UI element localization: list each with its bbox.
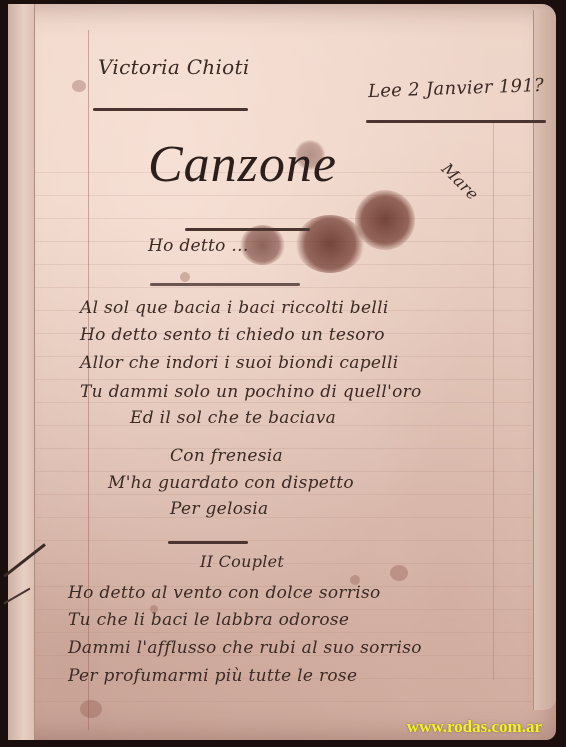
verse-separator [150, 283, 300, 286]
verse-line: Al sol que bacia i baci riccolti belli [80, 298, 389, 318]
stain-spot [80, 700, 102, 718]
date-underline [366, 120, 546, 123]
verse-line: Per gelosia [170, 499, 268, 519]
verse-line: Per profumarmi più tutte le rose [68, 666, 357, 686]
author-underline [93, 108, 248, 111]
page-edge-left [8, 4, 35, 740]
page-edge-right [533, 10, 556, 710]
verse-line: Con frenesia [170, 446, 283, 466]
verse-heading: II Couplet [200, 552, 284, 571]
verse-line: Tu dammi solo un pochino di quell'oro [80, 382, 422, 402]
stain-spot [180, 272, 190, 282]
song-subtitle: Ho detto ... [148, 236, 249, 256]
verse-line: Dammi l'afflusso che rubi al suo sorriso [68, 638, 422, 658]
verse-line: Allor che indori i suoi biondi capelli [80, 353, 398, 373]
verse-line: Tu che li baci le labbra odorose [68, 610, 349, 630]
stain-spot [390, 565, 408, 581]
stain-spot [72, 80, 86, 92]
verse-line: M'ha guardato con dispetto [108, 473, 354, 493]
verse-separator [168, 541, 248, 544]
ink-stain [295, 215, 365, 273]
watermark-link: www.rodas.com.ar [407, 717, 542, 737]
verse-line: Ho detto al vento con dolce sorriso [68, 583, 381, 603]
margin-line-right [493, 120, 494, 680]
song-title: Canzone [148, 135, 337, 194]
title-underline [185, 228, 310, 231]
author-name: Victoria Chioti [98, 55, 250, 79]
verse-line: Ed il sol che te baciava [130, 408, 336, 428]
verse-line: Ho detto sento ti chiedo un tesoro [80, 325, 385, 345]
